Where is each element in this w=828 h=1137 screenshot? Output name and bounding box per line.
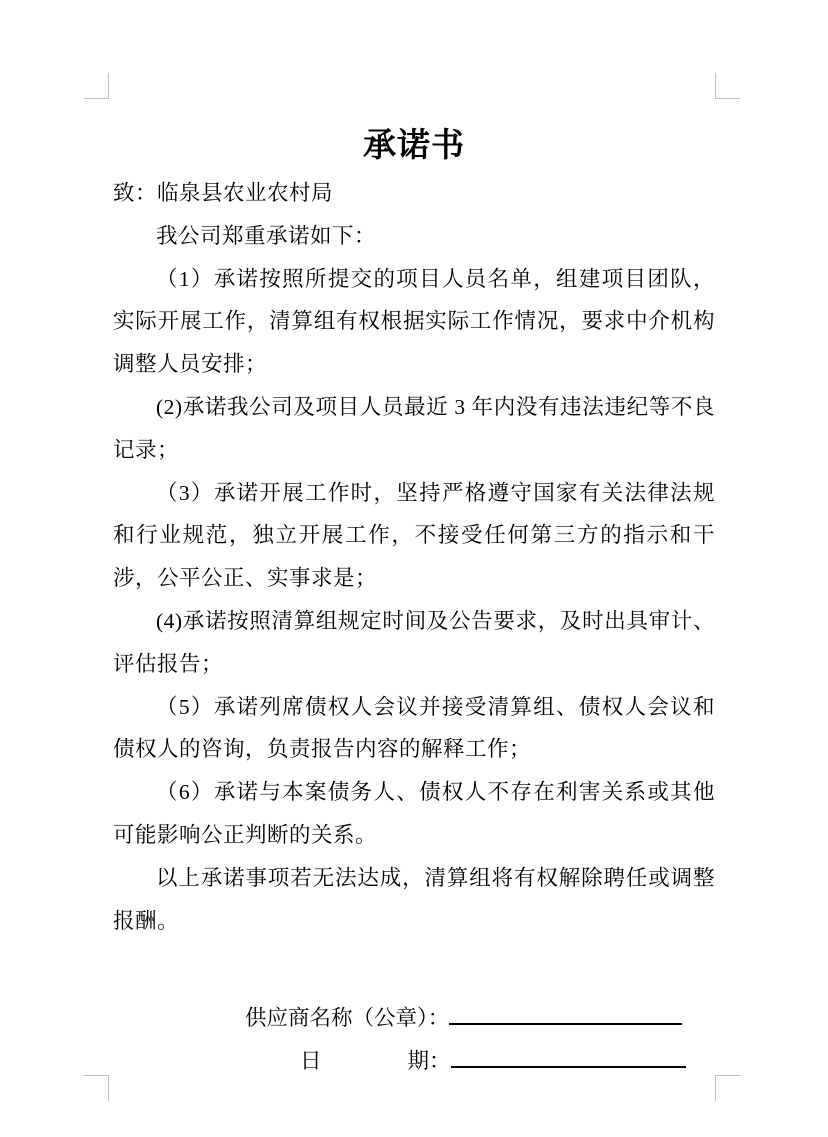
- commitment-item-6: （6）承诺与本案债务人、债权人不存在利害关系或其他可能影响公正判断的关系。: [113, 771, 715, 857]
- supplier-name-blank-line: [449, 999, 682, 1025]
- intro-line: 我公司郑重承诺如下：: [113, 215, 715, 258]
- signature-block: 供应商名称（公章）： 日 期：: [113, 997, 715, 1083]
- supplier-name-label: 供应商名称（公章）：: [245, 1006, 449, 1030]
- commitment-item-2: (2)承诺我公司及项目人员最近 3 年内没有违法违纪等不良记录；: [113, 386, 715, 472]
- addressee-line: 致：临泉县农业农村局: [113, 172, 715, 215]
- supplier-name-line: 供应商名称（公章）：: [245, 997, 715, 1040]
- commitment-item-3: （3）承诺开展工作时，坚持严格遵守国家有关法律法规和行业规范，独立开展工作，不接…: [113, 472, 715, 600]
- document-page: 承诺书 致：临泉县农业农村局 我公司郑重承诺如下： （1）承诺按照所提交的项目人…: [0, 0, 828, 1137]
- margin-crop-mark-bottom-left: [84, 1075, 109, 1101]
- commitment-item-5: （5）承诺列席债权人会议并接受清算组、债权人会议和债权人的咨询，负责报告内容的解…: [113, 686, 715, 772]
- date-line: 日 期：: [300, 1040, 715, 1083]
- commitment-item-1: （1）承诺按照所提交的项目人员名单，组建项目团队，实际开展工作，清算组有权根据实…: [113, 258, 715, 386]
- commitment-item-4: (4)承诺按照清算组规定时间及公告要求，及时出具审计、评估报告；: [113, 600, 715, 686]
- date-blank-line: [451, 1042, 686, 1068]
- margin-crop-mark-top-left: [84, 73, 109, 99]
- document-title: 承诺书: [113, 122, 715, 168]
- margin-crop-mark-bottom-right: [715, 1075, 740, 1101]
- margin-crop-mark-top-right: [715, 73, 740, 99]
- date-label: 日 期：: [300, 1049, 451, 1073]
- closing-paragraph: 以上承诺事项若无法达成，清算组将有权解除聘任或调整报酬。: [113, 857, 715, 943]
- document-content: 承诺书 致：临泉县农业农村局 我公司郑重承诺如下： （1）承诺按照所提交的项目人…: [113, 122, 715, 1083]
